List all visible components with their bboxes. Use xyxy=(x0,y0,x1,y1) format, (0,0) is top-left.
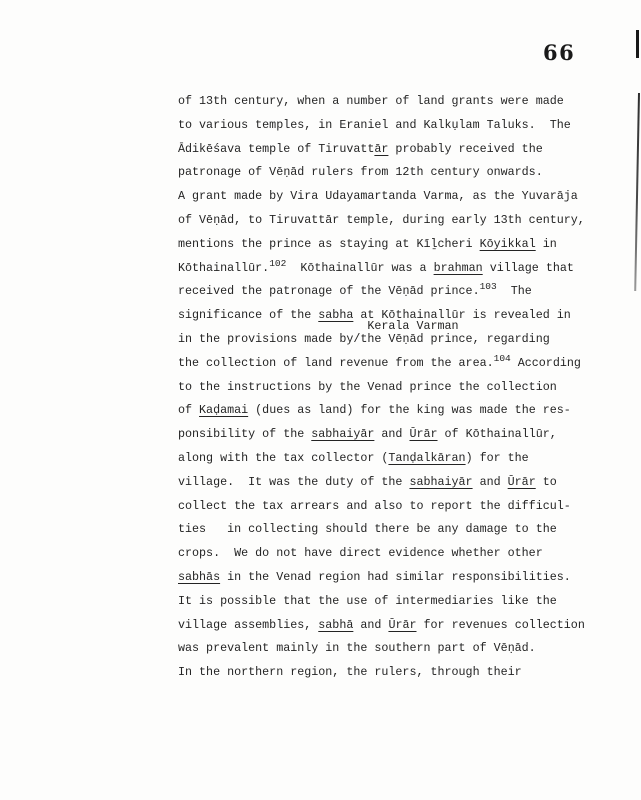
text-line: In the northern region, the rulers, thro… xyxy=(178,661,585,685)
underlined-term: Ūrār xyxy=(409,427,437,441)
text-segment: of 13th century, when a number of land g… xyxy=(178,94,564,108)
page-number: 66 xyxy=(543,40,575,65)
text-segment: Kōthainallūr. xyxy=(178,261,269,275)
scan-artifact-mark xyxy=(636,30,639,58)
text-segment: of xyxy=(178,403,199,417)
text-line: of Kaḍamai (dues as land) for the king w… xyxy=(178,399,585,423)
underlined-term: sabhaiyār xyxy=(311,427,374,441)
text-segment: In the northern region, the rulers, thro… xyxy=(178,665,522,679)
text-segment: to the instructions by the Venad prince … xyxy=(178,380,557,394)
text-line: A grant made by Vira Udayamartanda Varma… xyxy=(178,185,585,209)
text-line: Kōthainallūr.102 Kōthainallūr was a brah… xyxy=(178,257,585,281)
underlined-term: Kaḍamai xyxy=(199,403,248,417)
text-line: patronage of Vēṇād rulers from 12th cent… xyxy=(178,161,585,185)
footnote-ref: 104 xyxy=(494,353,511,364)
text-segment: and xyxy=(374,427,409,441)
scan-artifact-line xyxy=(634,93,640,291)
text-line: collect the tax arrears and also to repo… xyxy=(178,495,585,519)
text-line: ponsibility of the sabhaiyār and Ūrār of… xyxy=(178,423,585,447)
text-segment: and xyxy=(473,475,508,489)
text-segment: collect the tax arrears and also to repo… xyxy=(178,499,571,513)
text-segment: probably received the xyxy=(388,142,542,156)
text-segment: the collection of land revenue from the … xyxy=(178,356,494,370)
underlined-term: sabha xyxy=(318,308,353,322)
text-line: was prevalent mainly in the southern par… xyxy=(178,637,585,661)
underlined-term: brahman xyxy=(434,261,483,275)
text-segment: was prevalent mainly in the southern par… xyxy=(178,641,536,655)
text-segment: A grant made by Vira Udayamartanda Varma… xyxy=(178,189,578,203)
text-line: Ādikēśava temple of Tiruvattār probably … xyxy=(178,138,585,162)
footnote-ref: 103 xyxy=(480,281,497,292)
underlined-term: ār xyxy=(374,142,388,156)
text-line: the collection of land revenue from the … xyxy=(178,352,585,376)
interline-insertion: Kerala Varman xyxy=(367,320,458,332)
text-segment: significance of the xyxy=(178,308,318,322)
text-segment: village assemblies, xyxy=(178,618,318,632)
text-segment: of Vēṇād, to Tiruvattār temple, during e… xyxy=(178,213,585,227)
text-line: village. It was the duty of the sabhaiyā… xyxy=(178,471,585,495)
text-segment: Ādikēśava temple of Tiruvatt xyxy=(178,142,374,156)
text-line: It is possible that the use of intermedi… xyxy=(178,590,585,614)
text-segment: to xyxy=(536,475,557,489)
scanned-page: 66 of 13th century, when a number of lan… xyxy=(0,0,641,800)
text-segment: in the Venad region had similar responsi… xyxy=(220,570,571,584)
underlined-term: Ūrār xyxy=(508,475,536,489)
text-segment: mentions the prince as staying at Kīḻche… xyxy=(178,237,480,251)
text-segment: ties in collecting should there be any d… xyxy=(178,522,557,536)
text-segment: crops. We do not have direct evidence wh… xyxy=(178,546,543,560)
text-line: sabhās in the Venad region had similar r… xyxy=(178,566,585,590)
underlined-term: Ūrār xyxy=(388,618,416,632)
underlined-term: Tanḍalkāran xyxy=(388,451,465,465)
text-line: mentions the prince as staying at Kīḻche… xyxy=(178,233,585,257)
text-line: to various temples, in Eraniel and Kalkụ… xyxy=(178,114,585,138)
underlined-term: Kōyikkal xyxy=(480,237,536,251)
text-line: to the instructions by the Venad prince … xyxy=(178,376,585,400)
underlined-term: sabhaiyār xyxy=(409,475,472,489)
text-segment: According xyxy=(511,356,581,370)
text-segment: village that xyxy=(483,261,574,275)
text-segment: patronage of Vēṇād rulers from 12th cent… xyxy=(178,165,543,179)
text-segment: along with the tax collector ( xyxy=(178,451,388,465)
text-segment: of Kōthainallūr, xyxy=(438,427,557,441)
text-segment: Kōthainallūr was a xyxy=(286,261,433,275)
body-text: of 13th century, when a number of land g… xyxy=(178,90,585,685)
text-segment: and xyxy=(353,618,388,632)
text-segment: in xyxy=(536,237,557,251)
text-line: crops. We do not have direct evidence wh… xyxy=(178,542,585,566)
text-line: of Vēṇād, to Tiruvattār temple, during e… xyxy=(178,209,585,233)
text-line: village assemblies, sabhā and Ūrār for r… xyxy=(178,614,585,638)
text-line: of 13th century, when a number of land g… xyxy=(178,90,585,114)
underlined-term: sabhās xyxy=(178,570,220,584)
text-segment: for revenues collection xyxy=(417,618,585,632)
text-segment: (dues as land) for the king was made the… xyxy=(248,403,571,417)
text-line: ties in collecting should there be any d… xyxy=(178,518,585,542)
text-segment: village. It was the duty of the xyxy=(178,475,409,489)
text-segment: received the patronage of the Vēṇād prin… xyxy=(178,284,480,298)
text-line: received the patronage of the Vēṇād prin… xyxy=(178,280,585,304)
text-segment: in the provisions made by/the Vēṇād prin… xyxy=(178,332,550,346)
text-line: along with the tax collector (Tanḍalkāra… xyxy=(178,447,585,471)
underlined-term: sabhā xyxy=(318,618,353,632)
text-segment: ponsibility of the xyxy=(178,427,311,441)
text-line: Kerala Varmanin the provisions made by/t… xyxy=(178,328,585,352)
text-segment: to various temples, in Eraniel and Kalkụ… xyxy=(178,118,571,132)
footnote-ref: 102 xyxy=(269,258,286,269)
text-segment: ) for the xyxy=(466,451,529,465)
text-segment: The xyxy=(497,284,532,298)
text-segment: It is possible that the use of intermedi… xyxy=(178,594,557,608)
